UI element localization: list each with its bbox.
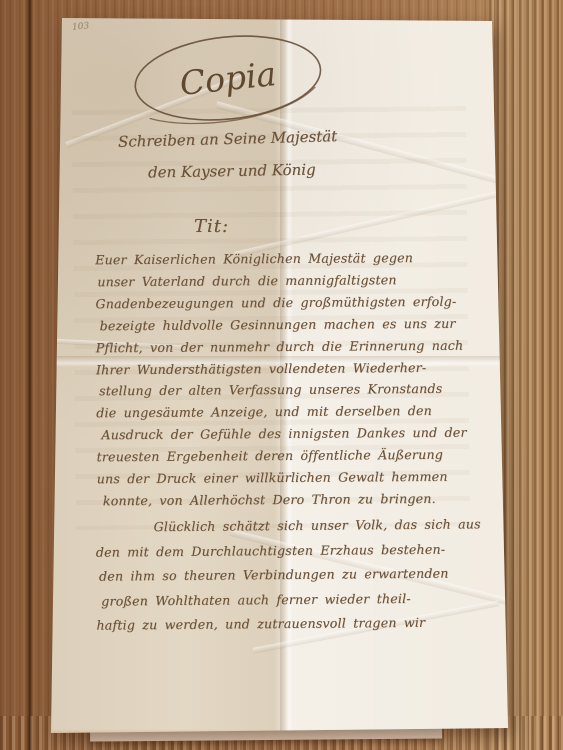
paragraph2-line: Glücklich schätzt sich unser Volk, das s… [153,512,480,539]
paragraph2-line: den ihm so theuren Verbindungen zu erwar… [99,562,481,590]
paragraph1-line: Ihrer Wundersthätigsten vollendeten Wied… [96,356,466,380]
letter-page: 103 Copia Schreiben an Seine Majestät de… [46,12,512,740]
copia-mark: Copia [123,20,332,138]
wood-plank-seam [28,0,32,750]
photo-scene: 103 Copia Schreiben an Seine Majestät de… [0,0,563,750]
paragraph1-line: unser Vaterland durch die mannigfaltigst… [97,269,465,293]
paragraph1-line: die ungesäumte Anzeige, und mit derselbe… [96,400,466,424]
paper-bottom-edge [46,729,512,736]
paragraph1-line: konnte, von Allerhöchst Dero Thron zu br… [103,488,467,512]
heading-line-2: den Kayser und König [148,161,316,182]
paragraph1-line: uns der Druck einer willkürlichen Gewalt… [97,466,467,490]
copia-oval-flourish: Copia [123,20,332,138]
paragraph1-line: stellung der alten Verfassung unseres Kr… [99,378,466,402]
paragraph1-line: Ausdruck der Gefühle des innigsten Danke… [101,422,466,446]
paragraph1-line: Euer Kaiserlichen Königlichen Majestät g… [95,247,465,271]
letter-page-wrapper: 103 Copia Schreiben an Seine Majestät de… [46,12,512,740]
paragraph1-line: Pflicht, von der nunmehr durch die Erinn… [96,334,466,358]
paragraph1-line: treuesten Ergebenheit deren öffentliche … [96,444,466,468]
paragraph1-line: Gnadenbezeugungen und die großmüthigsten… [95,291,465,315]
paragraph2-line: haftig zu werden, und zutrauensvoll trag… [96,611,481,639]
paragraph1-line: bezeigte huldvolle Gesinnungen machen es… [100,312,466,336]
salutation: Tit: [194,216,229,237]
paragraph2-line: den mit dem Durchlauchtigsten Erzhaus be… [96,537,481,565]
paragraph-2: Glücklich schätzt sich unser Volk, das s… [95,512,481,638]
paragraph2-line: großen Wohlthaten auch ferner wieder the… [101,586,481,614]
corner-annotation: 103 [72,21,90,32]
paragraph-1: Euer Kaiserlichen Königlichen Majestät g… [95,247,467,512]
copia-label: Copia [178,54,278,103]
